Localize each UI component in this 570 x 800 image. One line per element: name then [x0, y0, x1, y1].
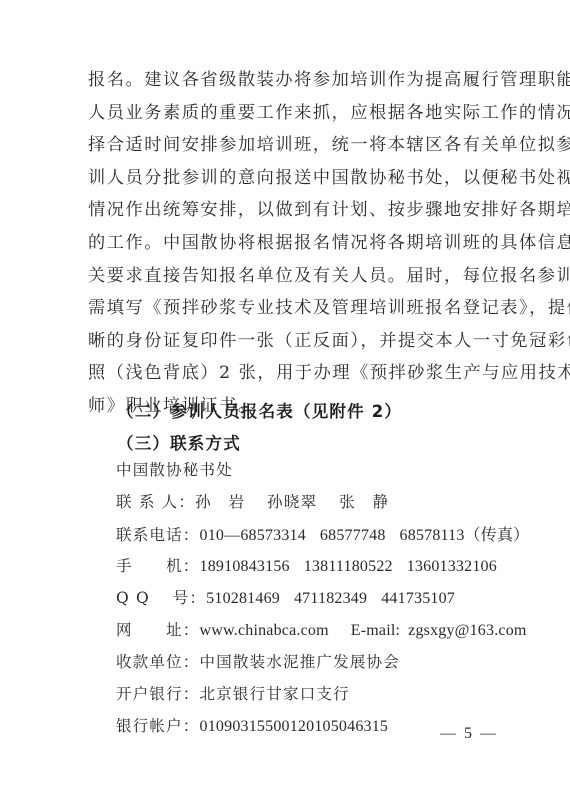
bank-name: 北京银行甘家口支行 [200, 685, 350, 703]
bank-account-number: 01090315500120105046315 [200, 718, 389, 735]
contact-account-row: 银行帐户：01090315500120105046315 [116, 714, 388, 736]
contact-account-label: 银行帐户： [116, 714, 200, 736]
contact-payee-row: 收款单位：中国散装水泥推广发展协会 [116, 650, 400, 672]
paragraph-line: 训人员分批参训的意向报送中国散协秘书处，以便秘书处视报名 [88, 162, 488, 195]
website-link[interactable]: www.chinabca.com [200, 622, 329, 639]
mobile-number: 18910843156 [200, 558, 290, 575]
paragraph-line: 需填写《预拌砂浆专业技术及管理培训班报名登记表》，提供清 [88, 292, 488, 325]
contact-org: 中国散协秘书处 [116, 458, 233, 480]
contact-persons-row: 联 系 人：孙 岩孙晓翠张 静 [116, 490, 389, 512]
paragraph-line: 报名。建议各省级散装办将参加培训作为提高履行管理职能相关 [88, 64, 488, 97]
contact-person: 孙 岩 [195, 493, 245, 511]
qq-number: 471182349 [294, 590, 367, 607]
phone-number: 68577748 [320, 527, 386, 544]
phone-number: 010—68573314 [200, 527, 306, 544]
contact-qq-row: Q Q 号：510281469471182349441735107 [116, 586, 455, 608]
page-number: — 5 — [440, 725, 498, 743]
contact-bank-row: 开户银行：北京银行甘家口支行 [116, 682, 350, 704]
email-label: E-mail: [351, 622, 400, 639]
contact-web-row: 网 址：www.chinabca.comE-mail:zgsxgy@163.co… [116, 618, 527, 640]
body-paragraph: 报名。建议各省级散装办将参加培训作为提高履行管理职能相关 人员业务素质的重要工作… [88, 64, 488, 423]
paragraph-line: 的工作。中国散协将根据报名情况将各期培训班的具体信息和有 [88, 227, 488, 260]
section-heading-registration-form: （二）参训人员报名表（见附件 2） [117, 398, 402, 422]
mobile-number: 13811180522 [304, 558, 393, 575]
contact-mobile-label: 手 机： [116, 554, 200, 576]
paragraph-line: 晰的身份证复印件一张（正反面），并提交本人一寸免冠彩色近 [88, 325, 488, 358]
paragraph-line: 人员业务素质的重要工作来抓，应根据各地实际工作的情况，选 [88, 97, 488, 130]
contact-person: 张 静 [339, 493, 389, 511]
contact-bank-label: 开户银行： [116, 682, 200, 704]
contact-payee-label: 收款单位： [116, 650, 200, 672]
contact-web-label: 网 址： [116, 618, 200, 640]
paragraph-line: 关要求直接告知报名单位及有关人员。届时，每位报名参训学员 [88, 260, 488, 293]
contact-person: 孙晓翠 [267, 493, 317, 511]
contact-mobile-row: 手 机：189108431561381118052213601332106 [116, 554, 497, 576]
qq-number: 510281469 [206, 590, 280, 607]
document-page: 报名。建议各省级散装办将参加培训作为提高履行管理职能相关 人员业务素质的重要工作… [0, 0, 570, 800]
contact-qq-label: Q Q 号： [116, 586, 206, 608]
contact-phone-label: 联系电话： [116, 523, 200, 545]
paragraph-line: 照（浅色背底）2 张，用于办理《预拌砂浆生产与应用技术管理 [88, 357, 488, 390]
paragraph-line: 情况作出统筹安排，以做到有计划、按步骤地安排好各期培训班 [88, 194, 488, 227]
payee-name: 中国散装水泥推广发展协会 [200, 653, 400, 671]
paragraph-line: 择合适时间安排参加培训班，统一将本辖区各有关单位拟参加培 [88, 129, 488, 162]
fax-number: 68578113（传真） [400, 527, 530, 544]
section-heading-contact: （三）联系方式 [117, 430, 241, 454]
qq-number: 441735107 [381, 590, 455, 607]
email-link[interactable]: zgsxgy@163.com [408, 622, 526, 639]
contact-phone-row: 联系电话：010—685733146857774868578113（传真） [116, 522, 529, 545]
contact-persons-label: 联 系 人： [116, 490, 195, 512]
mobile-number: 13601332106 [407, 558, 497, 575]
